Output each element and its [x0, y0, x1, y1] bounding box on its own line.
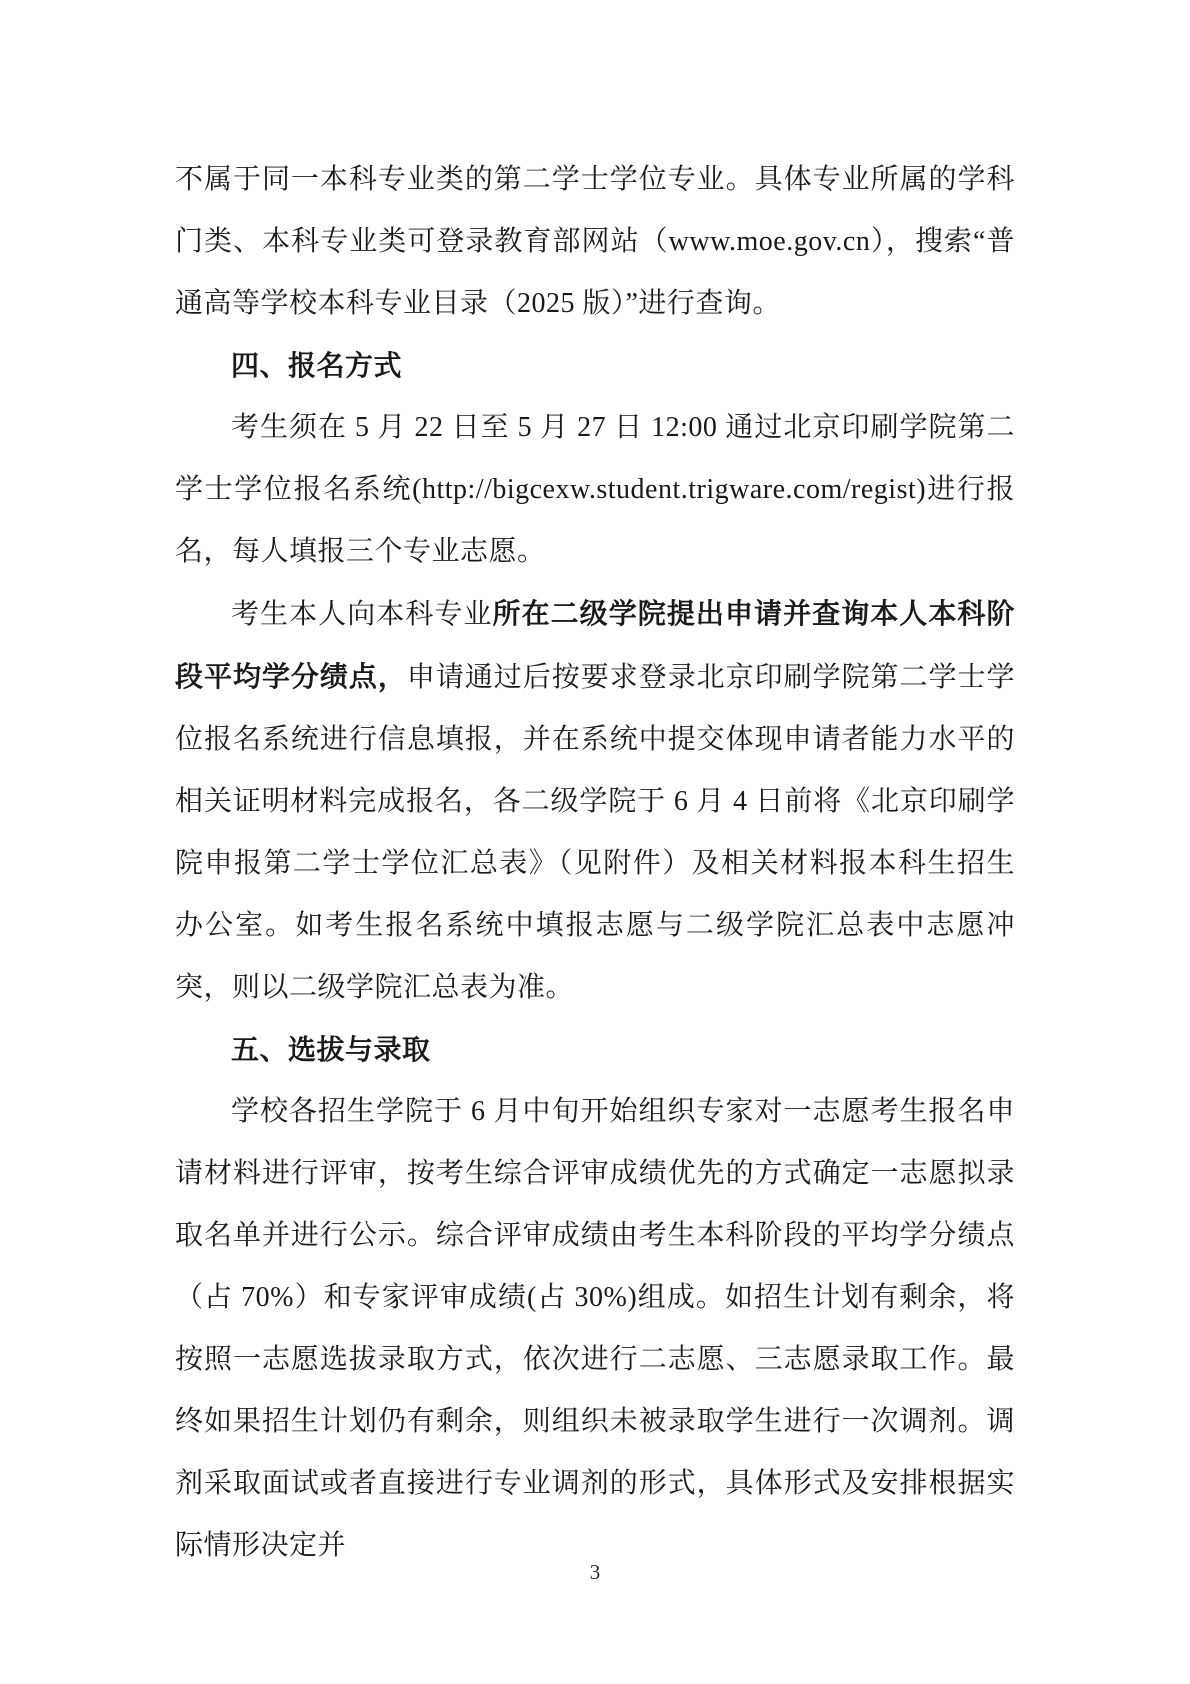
document-body: 不属于同一本科专业类的第二学士学位专业。具体专业所属的学科门类、本科专业类可登录… — [175, 149, 1015, 1577]
bold-text-segment: 五、选拔与录取 — [231, 1034, 431, 1065]
text-segment: 不属于同一本科专业类的第二学士学位专业。具体专业所属的学科门类、本科专业类可登录… — [175, 164, 1015, 319]
page-number: 3 — [0, 1556, 1190, 1588]
section-heading: 五、选拔与录取 — [175, 1019, 1015, 1081]
bold-text-segment: 四、报名方式 — [231, 350, 402, 381]
text-segment: 申请通过后按要求登录北京印刷学院第二学士学位报名系统进行信息填报，并在系统中提交… — [175, 662, 1015, 1003]
document-page: 不属于同一本科专业类的第二学士学位专业。具体专业所属的学科门类、本科专业类可登录… — [0, 0, 1190, 1684]
paragraph: 考生本人向本科专业所在二级学院提出申请并查询本人本科阶段平均学分绩点，申请通过后… — [175, 583, 1015, 1019]
section-heading: 四、报名方式 — [175, 335, 1015, 397]
text-segment: 考生须在 5 月 22 日至 5 月 27 日 12:00 通过北京印刷学院第二… — [175, 412, 1015, 567]
text-segment: 学校各招生学院于 6 月中旬开始组织专家对一志愿考生报名申请材料进行评审，按考生… — [175, 1096, 1015, 1561]
text-segment: 考生本人向本科专业 — [231, 599, 493, 630]
paragraph: 学校各招生学院于 6 月中旬开始组织专家对一志愿考生报名申请材料进行评审，按考生… — [175, 1081, 1015, 1577]
paragraph: 考生须在 5 月 22 日至 5 月 27 日 12:00 通过北京印刷学院第二… — [175, 397, 1015, 583]
paragraph: 不属于同一本科专业类的第二学士学位专业。具体专业所属的学科门类、本科专业类可登录… — [175, 149, 1015, 335]
